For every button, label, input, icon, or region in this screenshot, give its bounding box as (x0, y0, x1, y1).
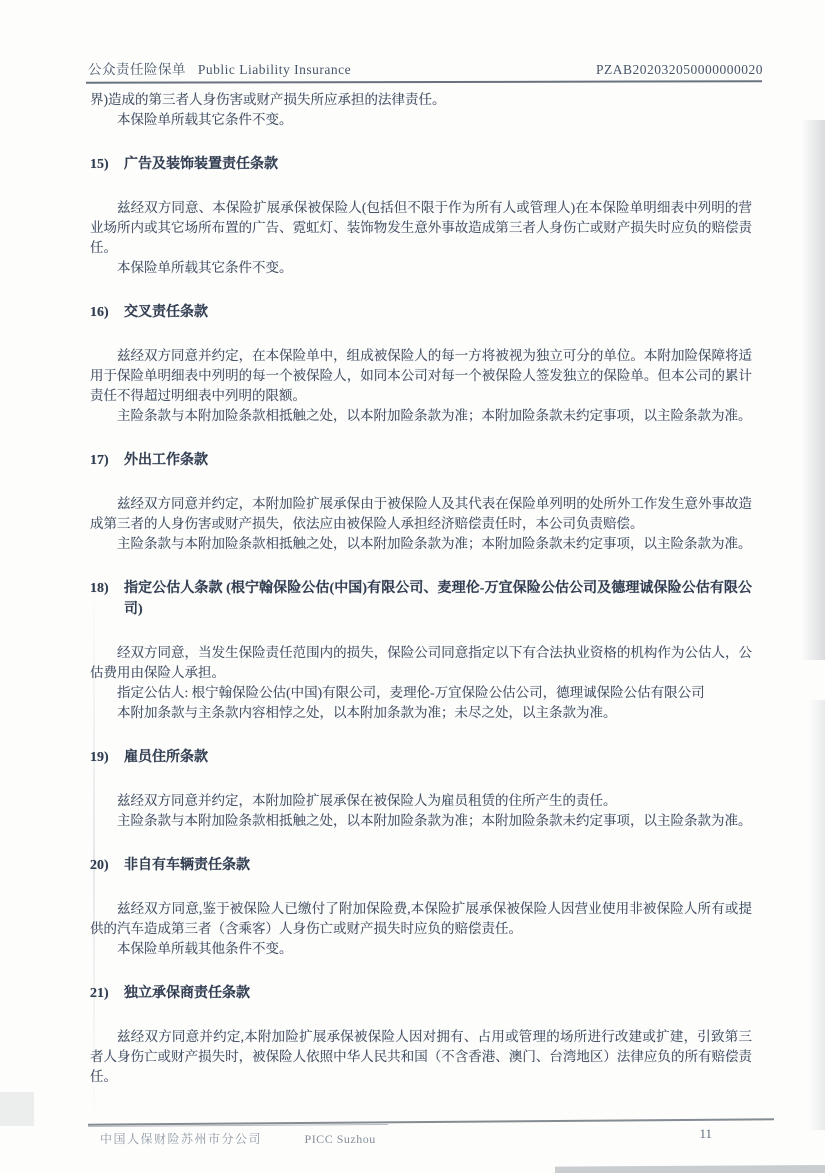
clause-title: 指定公估人条款 (根宁翰保险公估(中国)有限公司、麦理伦-万宜保险公估公司及德理… (124, 578, 752, 620)
page-footer: 中国人保财险苏州市分公司 PICC Suzhou 11 (100, 1130, 730, 1147)
clause-paragraph: 兹经双方同意、本保险扩展承保被保险人(包括但不限于作为所有人或管理人)在本保险单… (90, 198, 752, 258)
clause-18-heading: 18) 指定公估人条款 (根宁翰保险公估(中国)有限公司、麦理伦-万宜保险公估公… (90, 578, 752, 620)
intro-continuation-line: 界)造成的第三者人身伤害或财产损失所应承担的法律责任。 (90, 90, 752, 110)
scan-shadow-right-lower (809, 700, 825, 1130)
clause-paragraph: 兹经双方同意并约定，在本保险单中，组成被保险人的每一方将被视为独立可分的单位。本… (90, 346, 752, 406)
clause-title: 非自有车辆责任条款 (124, 855, 752, 876)
clause-21-heading: 21) 独立承保商责任条款 (90, 983, 752, 1004)
page-header: 公众责任险保单 Public Liability Insurance PZAB2… (88, 58, 763, 78)
document-page: 公众责任险保单 Public Liability Insurance PZAB2… (0, 0, 825, 1173)
clause-21: 21) 独立承保商责任条款 兹经双方同意并约定,本附加险扩展承保被保险人因对拥有… (90, 983, 752, 1087)
clause-20: 20) 非自有车辆责任条款 兹经双方同意,鉴于被保险人已缴付了附加保险费,本保险… (90, 855, 752, 959)
clause-number: 21) (90, 983, 124, 1004)
scan-shadow-bottom (555, 1165, 825, 1173)
clause-paragraph: 经双方同意，当发生保险责任范围内的损失，保险公司同意指定以下有合法执业资格的机构… (90, 643, 752, 683)
clause-20-heading: 20) 非自有车辆责任条款 (90, 855, 752, 876)
header-rule (86, 80, 762, 83)
clause-number: 20) (90, 855, 124, 876)
clause-19-heading: 19) 雇员住所条款 (90, 747, 752, 768)
clause-paragraph: 主险条款与本附加险条款相抵触之处，以本附加险条款为准；本附加险条款未约定事项，以… (90, 811, 752, 831)
intro-closing-line: 本保险单所载其它条件不变。 (90, 110, 752, 130)
clause-paragraph: 主险条款与本附加险条款相抵触之处，以本附加险条款为准；本附加险条款未约定事项，以… (90, 406, 752, 426)
clause-17: 17) 外出工作条款 兹经双方同意并约定，本附加险扩展承保由于被保险人及其代表在… (90, 450, 752, 554)
clause-15: 15) 广告及装饰装置责任条款 兹经双方同意、本保险扩展承保被保险人(包括但不限… (90, 154, 752, 278)
document-title: 公众责任险保单 Public Liability Insurance (88, 58, 351, 78)
clause-number: 17) (90, 450, 124, 471)
clause-paragraph: 兹经双方同意并约定,本附加险扩展承保被保险人因对拥有、占用或管理的场所进行改建或… (90, 1027, 752, 1087)
scan-shadow-right (801, 120, 825, 660)
clause-number: 16) (90, 302, 124, 323)
clause-title: 交叉责任条款 (124, 302, 752, 323)
clause-paragraph: 兹经双方同意,鉴于被保险人已缴付了附加保险费,本保险扩展承保被保险人因营业使用非… (90, 899, 752, 939)
clause-title: 广告及装饰装置责任条款 (124, 154, 752, 175)
clause-15-heading: 15) 广告及装饰装置责任条款 (90, 154, 752, 175)
clause-16: 16) 交叉责任条款 兹经双方同意并约定，在本保险单中，组成被保险人的每一方将被… (90, 302, 752, 426)
clause-paragraph: 本保险单所载其它条件不变。 (90, 258, 752, 278)
clause-19: 19) 雇员住所条款 兹经双方同意并约定，本附加险扩展承保在被保险人为雇员租赁的… (90, 747, 752, 831)
document-title-en: Public Liability Insurance (198, 62, 351, 77)
clause-number: 19) (90, 747, 124, 768)
clause-paragraph: 本保险单所载其他条件不变。 (90, 939, 752, 959)
clause-paragraph: 兹经双方同意并约定，本附加险扩展承保在被保险人为雇员租赁的住所产生的责任。 (90, 791, 752, 811)
clause-number: 15) (90, 154, 124, 175)
clause-title: 雇员住所条款 (124, 747, 752, 768)
document-body: 界)造成的第三者人身伤害或财产损失所应承担的法律责任。 本保险单所载其它条件不变… (90, 90, 752, 1087)
footer-company-en: PICC Suzhou (305, 1132, 376, 1146)
clause-title: 外出工作条款 (124, 450, 752, 471)
clause-paragraph: 兹经双方同意并约定，本附加险扩展承保由于被保险人及其代表在保险单列明的处所外工作… (90, 494, 752, 534)
clause-18: 18) 指定公估人条款 (根宁翰保险公估(中国)有限公司、麦理伦-万宜保险公估公… (90, 578, 752, 723)
clause-number: 18) (90, 578, 124, 620)
clause-17-heading: 17) 外出工作条款 (90, 450, 752, 471)
page-number: 11 (699, 1126, 712, 1142)
scan-smudge-left (0, 1092, 34, 1126)
clause-paragraph: 本附加条款与主条款内容相悖之处，以本附加条款为准；未尽之处，以主条款为准。 (90, 703, 752, 723)
clause-16-heading: 16) 交叉责任条款 (90, 302, 752, 323)
document-title-zh: 公众责任险保单 (88, 62, 186, 77)
clause-paragraph: 指定公估人: 根宁翰保险公估(中国)有限公司，麦理伦-万宜保险公估公司，德理诚保… (90, 683, 752, 703)
policy-number: PZAB202032050000000020 (596, 62, 763, 78)
footer-company-zh: 中国人保财险苏州市分公司 (100, 1132, 262, 1146)
clause-paragraph: 主险条款与本附加险条款相抵触之处，以本附加险条款为准；本附加险条款未约定事项，以… (90, 534, 752, 554)
clause-title: 独立承保商责任条款 (124, 983, 752, 1004)
